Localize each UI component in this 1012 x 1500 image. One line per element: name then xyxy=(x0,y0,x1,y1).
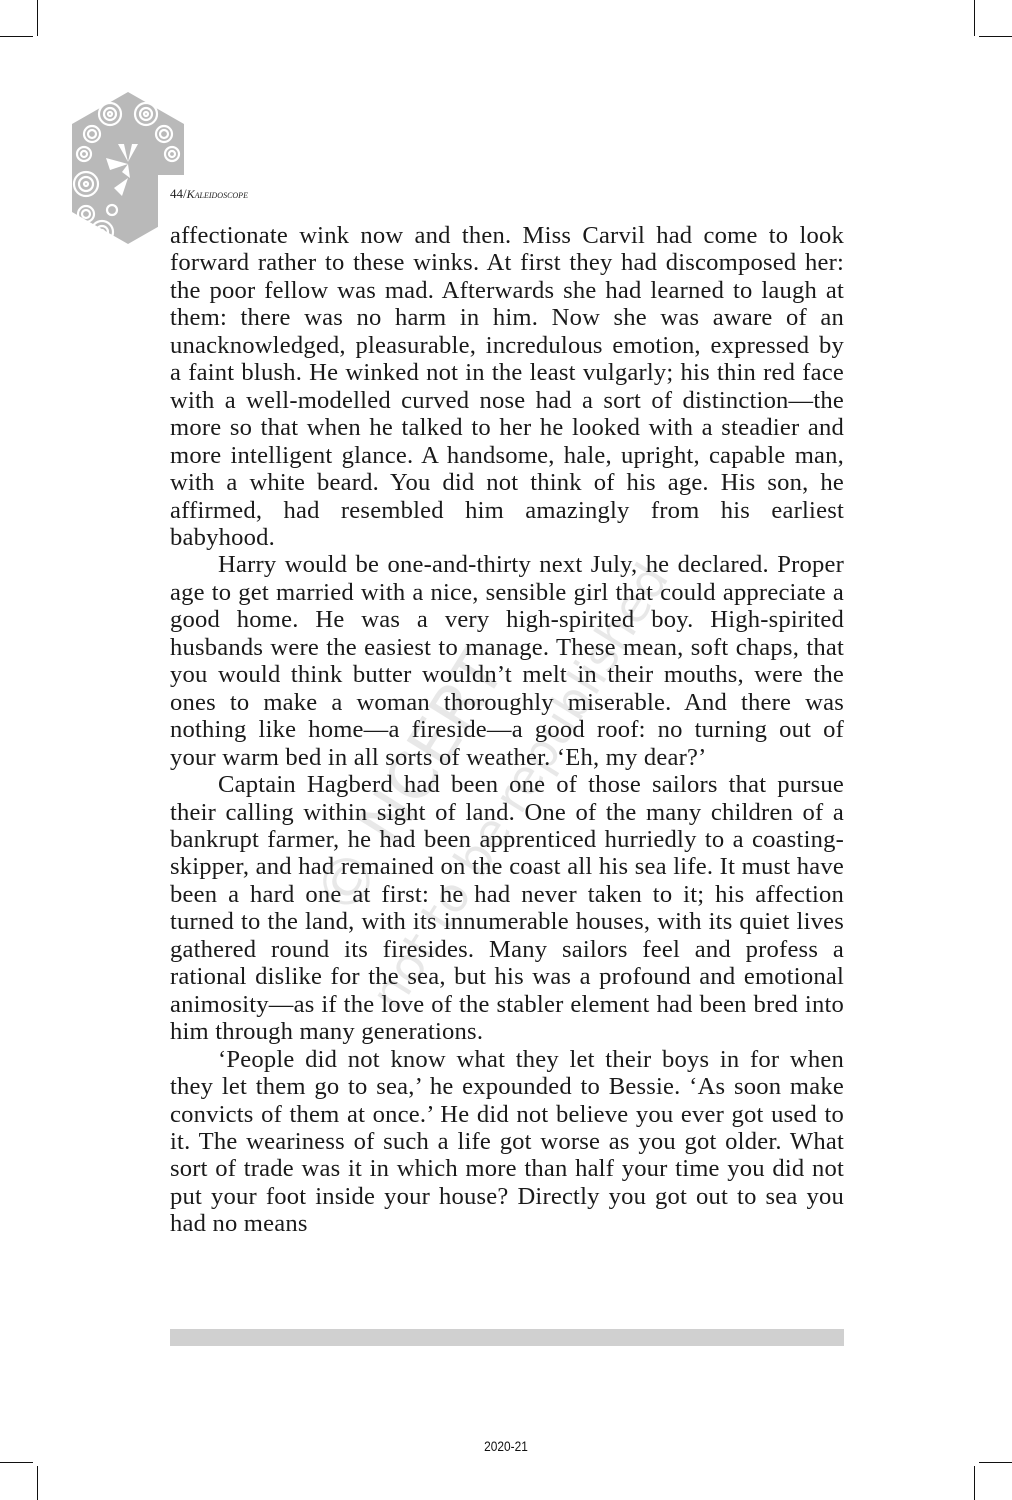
crop-mark-top-right-vertical xyxy=(974,0,975,36)
crop-mark-top-right-horizontal xyxy=(979,36,1012,37)
bottom-rule-bar xyxy=(170,1329,844,1346)
paragraph-4: ‘People did not know what they let their… xyxy=(170,1046,844,1238)
crop-mark-bottom-right-horizontal xyxy=(979,1462,1012,1463)
crop-mark-top-left-vertical xyxy=(37,0,38,36)
running-head: 44/Kaleidoscope xyxy=(170,186,248,202)
book-title: Kaleidoscope xyxy=(187,187,248,201)
crop-mark-top-left-horizontal xyxy=(0,36,33,37)
crop-mark-bottom-left-vertical xyxy=(37,1466,38,1500)
body-text: affectionate wink now and then. Miss Car… xyxy=(170,222,844,1238)
footer-year: 2020-21 xyxy=(76,1438,936,1454)
crop-mark-bottom-right-vertical xyxy=(974,1466,975,1500)
page-number: 44 xyxy=(170,186,183,201)
crop-mark-bottom-left-horizontal xyxy=(0,1462,33,1463)
paragraph-1: affectionate wink now and then. Miss Car… xyxy=(170,222,844,551)
paragraph-3: Captain Hagberd had been one of those sa… xyxy=(170,771,844,1046)
paragraph-2: Harry would be one-and-thirty next July,… xyxy=(170,551,844,771)
